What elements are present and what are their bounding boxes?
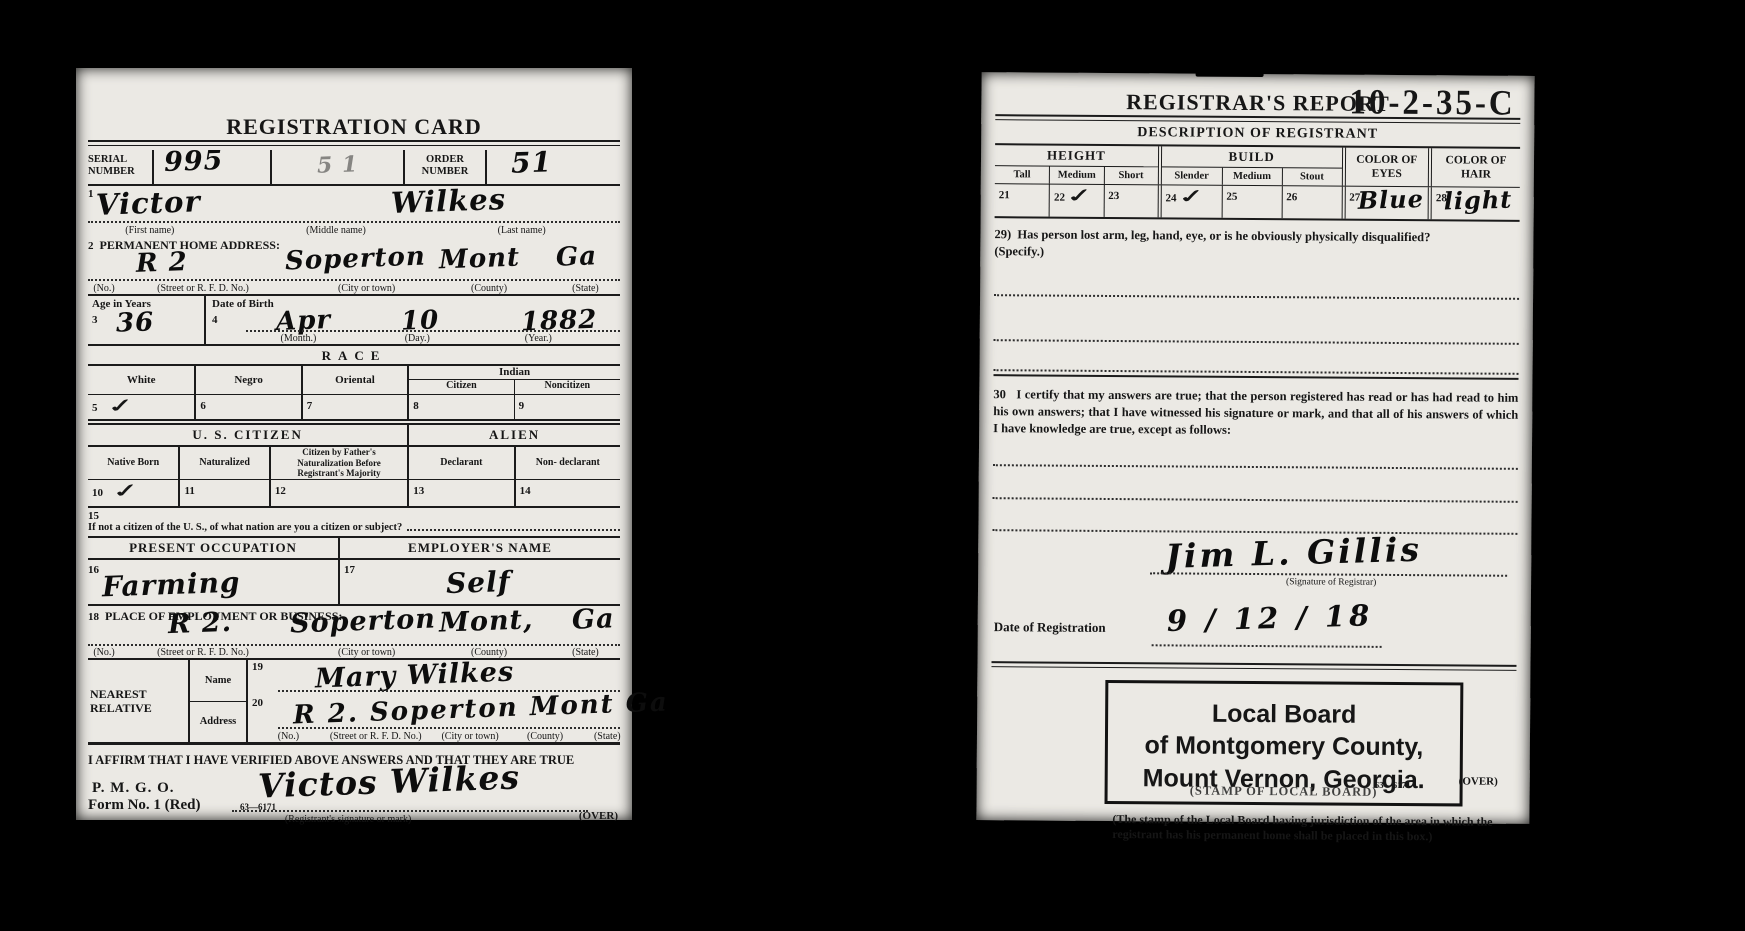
relative-no-label: (No.) <box>278 731 299 742</box>
field-number-21: 21 <box>999 189 1010 201</box>
scan-artifact-streak <box>1262 67 1422 74</box>
field-number-7: 7 <box>307 400 313 412</box>
q29-text: Has person lost arm, leg, hand, eye, or … <box>1017 227 1430 244</box>
employment-county-value: Mont, <box>439 604 534 638</box>
tall-label: Tall <box>995 166 1049 183</box>
relative-city-label: (City or town) <box>441 731 498 742</box>
q29-specify-label: (Specify.) <box>994 244 1044 258</box>
registrar-signature-value: Jim L. Gillis <box>1165 529 1423 575</box>
section-rule <box>993 374 1518 380</box>
address-state-value: Ga <box>556 241 598 272</box>
slender-label: Slender <box>1162 167 1222 184</box>
stamp-note-text: (The stamp of the Local Board having jur… <box>1112 812 1494 846</box>
relative-address-cell: 20 R 2. Soperton Mont Ga (No.) (Street o… <box>248 696 620 742</box>
first-name-value: Victor <box>95 184 201 222</box>
registration-card-footer: P. M. G. O. Form No. 1 (Red) 63—6171 Vic… <box>88 770 620 848</box>
serial-ghost-cell: 5 1 <box>270 150 403 184</box>
field-number-18: 18 <box>88 611 99 623</box>
employer-value: Self <box>446 565 512 600</box>
field-number-26: 26 <box>1286 191 1297 203</box>
color-of-hair-heading: COLOR OF HAIR <box>1428 148 1520 187</box>
occupation-values: 16 Farming 17 Self <box>88 560 620 604</box>
dob-month-label: (Month.) <box>281 333 317 344</box>
height-medium-label: Medium <box>1049 167 1103 184</box>
field-number-1: 1 <box>88 188 94 200</box>
race-answer-row: 5✓ 6 7 8 9 <box>88 394 620 421</box>
employment-no-value: R 2. <box>167 607 232 640</box>
dob-cell: Date of Birth 4 Apr 10 1882 (Month.) (Da… <box>206 296 620 344</box>
title-rule <box>88 140 620 146</box>
color-of-eyes-heading: COLOR OF EYES <box>1341 148 1428 187</box>
relative-county-label: (County) <box>527 731 563 742</box>
description-answer-row: 21 22✓ 23 24✓ 25 26 27 Blue 28 light <box>995 183 1520 222</box>
first-name-label: (First name) <box>125 225 174 236</box>
date-of-registration-label: Date of Registration <box>994 619 1106 636</box>
race-negro-cell: 6 <box>194 395 300 419</box>
registration-card: REGISTRATION CARD SERIAL NUMBER 995 5 1 … <box>76 68 632 820</box>
citizenship-question-row: 15 If not a citizen of the U. S., of wha… <box>88 510 620 536</box>
tall-cell: 21 <box>995 184 1049 216</box>
build-medium-label: Medium <box>1221 168 1281 185</box>
height-group: HEIGHT Tall Medium Short <box>995 145 1158 184</box>
build-group: BUILD Slender Medium Stout <box>1158 146 1342 185</box>
dob-writing-line <box>246 330 620 332</box>
registrant-signature-label: (Registrant's signature or mark) <box>285 814 412 825</box>
report-over-text: (OVER) <box>1459 775 1498 787</box>
non-declarant-label: Non- declarant <box>514 447 620 479</box>
blank-line-1 <box>994 294 1519 300</box>
last-name-label: (Last name) <box>498 225 546 236</box>
address-county-label: (County) <box>471 283 507 294</box>
dob-day-label: (Day.) <box>405 333 430 344</box>
field-number-5: 5 <box>92 402 98 414</box>
place-of-employment-row: 18 PLACE OF EMPLOYMENT OR BUSINESS: R 2.… <box>88 604 620 658</box>
present-occupation-heading: PRESENT OCCUPATION <box>88 538 338 558</box>
age-dob-row: Age in Years 3 36 Date of Birth 4 Apr 10… <box>88 296 620 346</box>
date-of-registration-value: 9 / 12 / 18 <box>1166 598 1373 638</box>
registrar-signature-line <box>1150 572 1507 576</box>
native-born-checkmark: ✓ <box>111 479 140 503</box>
order-number-label: ORDER NUMBER <box>403 150 487 184</box>
signature-line <box>232 810 588 812</box>
alien-heading: ALIEN <box>407 425 620 445</box>
native-born-cell: 10✓ <box>88 480 178 506</box>
permanent-home-address-row: 2 PERMANENT HOME ADDRESS: R 2 Soperton M… <box>88 236 620 296</box>
registrar-signature-label: (Signature of Registrar) <box>1286 577 1376 588</box>
date-stamp-code: 10-2-35-C <box>1349 83 1516 124</box>
field-number-10: 10 <box>92 487 103 499</box>
race-oriental-label: Oriental <box>301 366 407 394</box>
serial-number-value: 995 <box>163 150 223 178</box>
short-cell: 23 <box>1103 185 1157 217</box>
build-slender-checkmark: ✓ <box>1177 185 1205 209</box>
serial-number-label: SERIAL NUMBER <box>88 150 152 184</box>
date-writing-line <box>1152 644 1382 648</box>
naturalized-cell: 11 <box>178 480 268 506</box>
employment-state-label: (State) <box>572 647 599 658</box>
relative-state-label: (State) <box>594 731 621 742</box>
address-writing-line <box>88 279 620 281</box>
nearest-relative-heading: NEAREST RELATIVE <box>88 660 190 742</box>
naturalized-label: Naturalized <box>178 447 268 479</box>
relative-address-label: Address <box>190 702 246 743</box>
serial-number-cell: 995 <box>152 150 270 184</box>
employers-name-heading: EMPLOYER'S NAME <box>338 538 620 558</box>
last-name-value: Wilkes <box>391 182 507 220</box>
employer-cell: 17 Self <box>338 560 620 604</box>
field-number-8: 8 <box>413 400 419 412</box>
serial-ghost-value: 5 1 <box>316 151 358 178</box>
race-table-header: White Negro Oriental Indian Citizen Nonc… <box>88 364 620 394</box>
address-city-label: (City or town) <box>338 283 395 294</box>
field-number-19: 19 <box>252 661 263 673</box>
blank-line-4 <box>993 464 1518 470</box>
relative-street-label: (Street or R. F. D. No.) <box>330 731 422 742</box>
address-street-label: (Street or R. F. D. No.) <box>157 283 249 294</box>
non-declarant-cell: 14 <box>514 480 620 506</box>
occupation-cell: 16 Farming <box>88 560 338 604</box>
age-cell: Age in Years 3 36 <box>88 296 206 344</box>
build-heading: BUILD <box>1162 146 1342 168</box>
build-answers: 24✓ 25 26 <box>1157 185 1341 218</box>
registration-card-title: REGISTRATION CARD <box>76 114 632 140</box>
age-value: 36 <box>115 307 154 338</box>
occupation-value: Farming <box>101 566 241 604</box>
race-citizen-label: Citizen <box>407 380 513 394</box>
employment-writing-line <box>88 644 620 646</box>
race-white-label: White <box>88 366 194 394</box>
form-number-text: Form No. 1 (Red) <box>88 797 200 814</box>
stout-cell: 26 <box>1281 186 1341 218</box>
eyes-cell: 27 Blue <box>1341 187 1428 220</box>
field-number-9: 9 <box>519 400 525 412</box>
relative-name-value: Mary Wilkes <box>314 657 514 695</box>
relative-values: 19 Mary Wilkes 20 R 2. Soperton Mont Ga … <box>248 660 620 742</box>
blank-line-2 <box>994 339 1519 345</box>
address-city-value: Soperton <box>284 242 426 277</box>
employment-state-value: Ga <box>572 603 616 635</box>
race-noncitizen-label: Noncitizen <box>514 380 620 394</box>
field-number-6: 6 <box>200 400 206 412</box>
hair-value: light <box>1443 185 1512 216</box>
registrar-signature-area: Jim L. Gillis (Signature of Registrar) <box>992 531 1517 607</box>
white-checkmark: ✓ <box>106 394 135 418</box>
field-number-16: 16 <box>88 564 99 576</box>
hair-cell: 28 light <box>1428 187 1520 220</box>
order-number-value: 51 <box>510 150 552 180</box>
declarant-cell: 13 <box>407 480 513 506</box>
race-indian-citizen-cell: 8 <box>407 395 513 419</box>
registrars-report-card: REGISTRAR'S REPORT 10-2-35-C DESCRIPTION… <box>976 72 1534 824</box>
name-writing-line <box>88 221 620 223</box>
race-heading: RACE <box>88 348 620 364</box>
employment-street-label: (Street or R. F. D. No.) <box>157 647 249 658</box>
citizenship-column-labels: Native Born Naturalized Citizen by Fathe… <box>88 447 620 479</box>
father-naturalization-cell: 12 <box>269 480 407 506</box>
occupation-header: PRESENT OCCUPATION EMPLOYER'S NAME <box>88 536 620 560</box>
field-number-4: 4 <box>212 314 218 326</box>
field-number-24: 24 <box>1165 192 1176 204</box>
build-medium-cell: 25 <box>1221 186 1281 218</box>
address-no-label: (No.) <box>93 283 114 294</box>
race-negro-label: Negro <box>194 366 300 394</box>
scan-artifact-blob <box>1196 62 1264 77</box>
eyes-value: Blue <box>1357 184 1424 215</box>
nearest-relative-block: NEAREST RELATIVE Name Address 19 Mary Wi… <box>88 658 620 745</box>
middle-name-label: (Middle name) <box>306 225 366 236</box>
dob-year-label: (Year.) <box>525 333 552 344</box>
declarant-label: Declarant <box>407 447 513 479</box>
order-number-cell: 51 <box>487 150 620 184</box>
field-number-20: 20 <box>252 697 263 709</box>
name-row: 1 Victor Wilkes (First name) (Middle nam… <box>88 186 620 236</box>
blank-line-5 <box>993 497 1518 503</box>
employment-no-label: (No.) <box>93 647 114 658</box>
field-number-25: 25 <box>1226 191 1237 203</box>
field-number-2: 2 <box>88 240 94 252</box>
relative-name-label: Name <box>190 660 246 702</box>
q29-number: 29) <box>994 227 1011 241</box>
question-29: 29) Has person lost arm, leg, hand, eye,… <box>994 226 1519 263</box>
local-board-stamp-line1: Local Board <box>1108 696 1460 731</box>
citizenship-question-line <box>407 529 620 531</box>
serial-order-row: SERIAL NUMBER 995 5 1 ORDER NUMBER 51 <box>88 150 620 186</box>
race-oriental-cell: 7 <box>301 395 407 419</box>
race-white-cell: 5✓ <box>88 395 194 419</box>
q30-text: I certify that my answers are true; that… <box>993 387 1518 437</box>
relative-address-line <box>278 727 620 729</box>
height-medium-checkmark: ✓ <box>1065 184 1093 208</box>
father-naturalization-label: Citizen by Father's Naturalization Befor… <box>269 447 407 479</box>
permanent-home-address-label: PERMANENT HOME ADDRESS: <box>100 238 280 252</box>
height-heading: HEIGHT <box>995 145 1158 167</box>
description-table-header: HEIGHT Tall Medium Short BUILD Slender M… <box>995 143 1520 187</box>
height-medium-cell: 22✓ <box>1049 185 1103 217</box>
citizenship-answer-row: 10✓ 11 12 13 14 <box>88 479 620 508</box>
us-citizen-heading: U. S. CITIZEN <box>88 425 407 445</box>
field-number-11: 11 <box>184 485 194 497</box>
field-number-3: 3 <box>92 314 98 326</box>
citizenship-question: If not a citizen of the U. S., of what n… <box>88 522 402 533</box>
address-no-value: R 2 <box>135 247 188 279</box>
address-county-value: Mont <box>439 243 521 276</box>
short-label: Short <box>1103 167 1157 184</box>
stout-label: Stout <box>1281 168 1341 185</box>
field-number-12: 12 <box>275 485 286 497</box>
field-number-15: 15 <box>88 510 620 522</box>
field-number-14: 14 <box>520 485 531 497</box>
stamp-section-rule <box>991 661 1516 671</box>
race-indian-noncitizen-cell: 9 <box>514 395 620 419</box>
relative-field-labels: Name Address <box>190 660 248 742</box>
address-state-label: (State) <box>572 283 599 294</box>
race-indian-label: Indian <box>407 366 620 380</box>
description-heading: DESCRIPTION OF REGISTRANT <box>995 124 1520 144</box>
slender-cell: 24✓ <box>1161 185 1221 217</box>
employment-city-label: (City or town) <box>338 647 395 658</box>
native-born-label: Native Born <box>88 447 178 479</box>
field-number-22: 22 <box>1054 192 1065 204</box>
field-number-23: 23 <box>1108 190 1119 202</box>
height-answers: 21 22✓ 23 <box>995 184 1158 217</box>
field-number-13: 13 <box>413 485 424 497</box>
report-form-code-text: 63—6171 <box>1375 780 1411 790</box>
registrant-signature-value: Victos Wilkes <box>258 757 521 805</box>
employment-city-value: Soperton <box>290 603 437 639</box>
field-number-17: 17 <box>344 564 355 576</box>
date-of-registration-row: Date of Registration 9 / 12 / 18 <box>992 603 1517 653</box>
citizenship-header: U. S. CITIZEN ALIEN <box>88 423 620 447</box>
local-board-stamp-line2: of Montgomery County, <box>1108 729 1460 764</box>
q30-number: 30 <box>993 387 1006 401</box>
question-30: 30 I certify that my answers are true; t… <box>993 386 1518 441</box>
pmgo-text: P. M. G. O. <box>92 780 175 797</box>
over-text: (OVER) <box>579 810 618 822</box>
